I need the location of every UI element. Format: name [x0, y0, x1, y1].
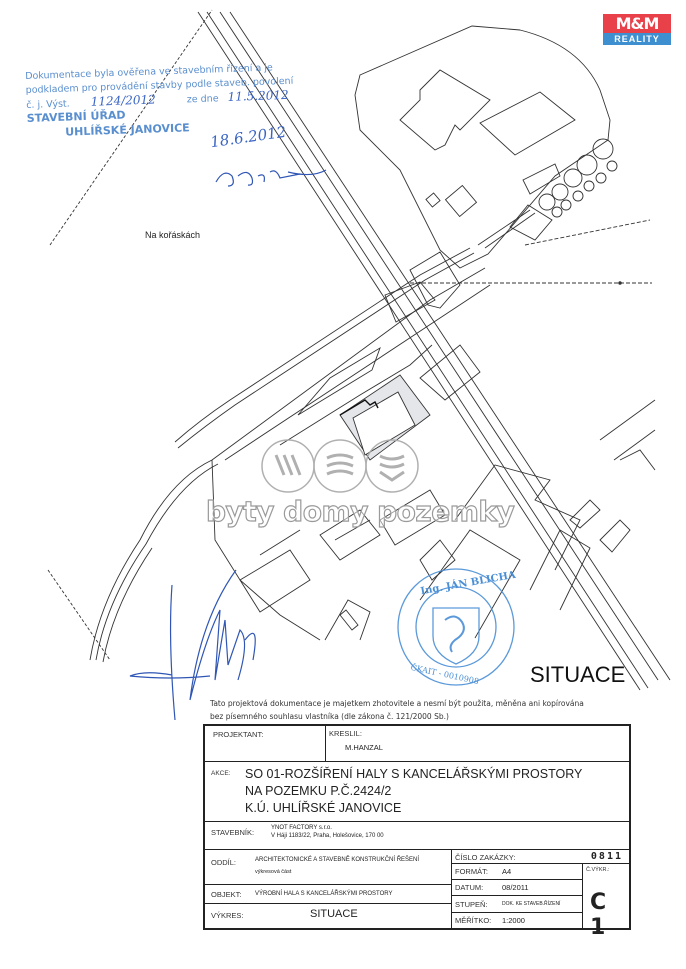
oddil-value: ARCHITEKTONICKÉ A STAVEBNĚ KONSTRUKČNÍ Ř… [255, 857, 419, 863]
datum-label: DATUM: [455, 883, 483, 892]
divider [582, 863, 583, 928]
logo-top-text: M&M [603, 14, 671, 33]
format-value: A4 [502, 867, 511, 876]
tb-row-akce: AKCE: SO 01-ROZŠÍŘENÍ HALY S KANCELÁŘSKÝ… [205, 762, 629, 822]
watermark-text: byty domy pozemky [206, 495, 514, 528]
divider [452, 912, 582, 913]
kreslil-value: M.HANZAL [345, 743, 383, 752]
divider [452, 863, 629, 864]
akce-line-3: K.Ú. UHLÍŘSKÉ JANOVICE [245, 800, 582, 817]
datum-value: 08/2011 [502, 883, 529, 892]
akce-value: SO 01-ROZŠÍŘENÍ HALY S KANCELÁŘSKÝMI PRO… [245, 766, 582, 817]
stavebnik-name: YNOT FACTORY s.r.o. [271, 825, 332, 831]
divider [452, 895, 582, 896]
tb-left-bottom: ODDÍL: ARCHITEKTONICKÉ A STAVEBNĚ KONSTR… [205, 850, 451, 928]
akce-label: AKCE: [211, 770, 231, 777]
format-label: FORMÁT: [455, 867, 488, 876]
vykres-label: VÝKRES: [211, 911, 244, 920]
meritko-value: 1:2000 [502, 916, 525, 925]
oddil-label: ODDÍL: [211, 858, 236, 867]
objekt-label: OBJEKT: [211, 890, 241, 899]
tb-row-stavebnik: STAVEBNÍK: YNOT FACTORY s.r.o. V Háji 11… [205, 822, 629, 850]
disclaimer-line-1: Tato projektová dokumentace je majetkem … [210, 697, 584, 710]
tb-right-bottom: ČÍSLO ZAKÁZKY: 0811 FORMÁT: A4 DATUM: 08… [452, 850, 629, 928]
drawing-title: SITUACE [530, 662, 625, 688]
stupen-value: DOK. KE STAVEB.ŘÍZENÍ [502, 901, 560, 907]
divider [205, 884, 451, 885]
divider [452, 879, 582, 880]
c-vykr-value: C 1 [590, 890, 629, 940]
disclaimer-line-2: bez písemného souhlasu vlastníka (dle zá… [210, 710, 584, 723]
akce-line-2: NA POZEMKU P.Č.2424/2 [245, 783, 582, 800]
c-vykr-label: Č.VÝKR.: [586, 867, 610, 873]
copyright-disclaimer: Tato projektová dokumentace je majetkem … [210, 697, 584, 723]
tb-row-projektant: PROJEKTANT: KRESLIL: M.HANZAL [205, 726, 629, 762]
stavebnik-address: V Háji 1183/22, Praha, Holešovice, 170 0… [271, 833, 384, 839]
meritko-label: MĚŘÍTKO: [455, 916, 491, 925]
cislo-zakazky-value: 0811 [591, 851, 623, 862]
akce-line-1: SO 01-ROZŠÍŘENÍ HALY S KANCELÁŘSKÝMI PRO… [245, 766, 582, 783]
title-block: PROJEKTANT: KRESLIL: M.HANZAL AKCE: SO 0… [203, 724, 631, 930]
cislo-zakazky-label: ČÍSLO ZAKÁZKY: [455, 853, 515, 862]
stamp-date-handwritten: 11.5.2012 [227, 88, 289, 104]
logo-bottom-text: REALITY [603, 33, 671, 45]
divider [325, 726, 326, 761]
stamp-ref-prefix: č. j. Výst. [26, 98, 70, 111]
oddil-subvalue: výkresová část [255, 869, 291, 875]
objekt-value: VÝROBNÍ HALA S KANCELÁŘSKÝMI PROSTORY [255, 891, 393, 897]
vykres-value: SITUACE [310, 908, 358, 920]
divider [205, 903, 451, 904]
stamp-date-prefix: ze dne [187, 93, 219, 105]
mm-reality-logo: M&M REALITY [603, 14, 671, 46]
stamp-ref-handwritten: 1124/2012 [90, 92, 156, 108]
stupen-label: STUPEŇ: [455, 900, 488, 909]
projektant-label: PROJEKTANT: [213, 730, 263, 739]
kreslil-label: KRESLIL: [329, 729, 362, 738]
place-label: Na kořáskách [145, 230, 200, 240]
stavebnik-label: STAVEBNÍK: [211, 828, 254, 837]
